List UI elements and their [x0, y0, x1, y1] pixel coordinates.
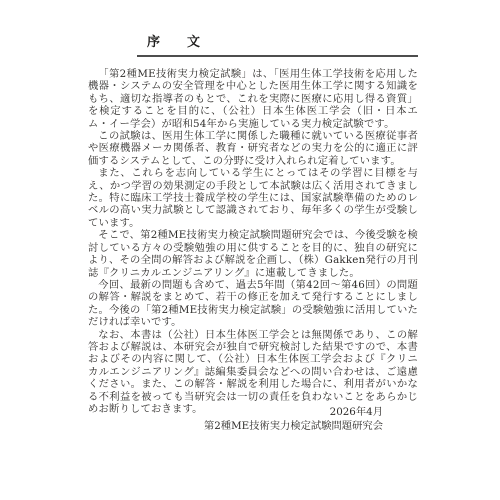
paragraph-4: そこで、第2種ME技術実力検定試験問題研究会では、今後受験を検討している方々の受… [88, 229, 418, 279]
paragraph-3: また、これらを志向している学生にとってはその学習に目標を与え、かつ学習の効果測定… [88, 167, 418, 229]
publication-date: 2026年4月 [204, 406, 383, 418]
paragraph-2: この試験は、医用生体工学に関係した職種に就いている医療従事者や医療機器メーカ関係… [88, 130, 418, 167]
paragraph-6: なお、本書は（公社）日本生体医工学会とは無関係であり、この解答および解説は、本研… [88, 329, 418, 416]
page-title: 序 文 [137, 36, 418, 50]
preface-body: 「第2種ME技術実力検定試験」は、「医用生体工学技術を応用した機器・システムの安… [88, 68, 418, 415]
colophon: 2026年4月 第2種ME技術実力検定試験問題研究会 [204, 406, 383, 433]
page-title-block: 序 文 [137, 36, 418, 57]
author-signature: 第2種ME技術実力検定試験問題研究会 [204, 420, 383, 432]
paragraph-5: 今回、最新の問題も含めて、過去5年間（第42回～第46回）の問題の解答・解説をま… [88, 279, 418, 329]
preface-page: 序 文 「第2種ME技術実力検定試験」は、「医用生体工学技術を応用した機器・シス… [0, 0, 500, 500]
paragraph-1: 「第2種ME技術実力検定試験」は、「医用生体工学技術を応用した機器・システムの安… [88, 68, 418, 130]
